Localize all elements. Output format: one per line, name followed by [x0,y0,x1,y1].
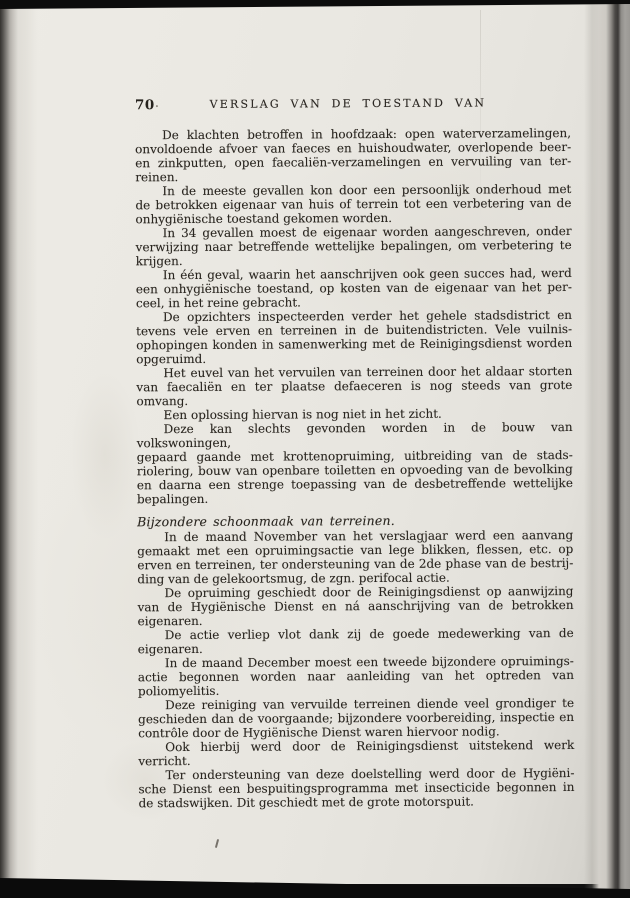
paragraph: Deze reiniging van vervuilde terreinen d… [138,696,574,740]
paragraph: Het euvel van het vervuilen van terreine… [136,364,572,408]
text-line: de stadswijken. Dit geschiedt met de gro… [139,794,575,810]
text-line: bepalingen. [137,490,573,506]
text-line: van de Hygiënische Dienst en ná aanschri… [138,598,574,614]
paragraph: De opruiming geschiedt door de Reiniging… [137,584,573,628]
text-line: ophopingen konden in samenwerking met de… [136,336,572,352]
text-line: de betrokken eigenaar van huis of terrei… [135,196,571,212]
paragraph: In 34 gevallen moest de eigenaar worden … [136,224,572,268]
text-line: sche Dienst een bespuitingsprogramma met… [138,780,574,796]
text-line: en daarna een strenge toepassing van de … [137,476,573,492]
text-line: en zinkputten, open faecaliën-verzamelin… [135,154,571,170]
text-line: verwijzing naar betreffende wettelijke b… [136,238,572,254]
paragraph: De klachten betroffen in hoofdzaak: open… [135,126,571,184]
text-line: geschieden dan de voorgaande; bijzondere… [138,710,574,726]
book-spine-edge-left [0,2,38,892]
page-body-text: De klachten betroffen in hoofdzaak: open… [135,126,575,810]
section-heading: Bijzondere schoonmaak van terreinen. [137,513,573,529]
paragraph: Ook hierbij werd door de Reinigingsdiens… [138,738,574,768]
page-content: 70 VERSLAG VAN DE TOESTAND VAN De klacht… [0,0,630,898]
text-line: een onhygiënische toestand, op kosten va… [136,280,572,296]
text-line: van faecaliën en ter plaatse defaeceren … [136,378,572,394]
paragraph: In de meeste gevallen kon door een perso… [135,182,571,226]
paragraph: De actie verliep vlot dank zij de goede … [138,626,574,656]
paragraph: In de maand November van het verslagjaar… [137,528,573,586]
text-line: actie begonnen worden naar aanleiding va… [138,668,574,684]
paragraph: In de maand December moest een tweede bi… [138,654,574,698]
paragraph: Deze kan slechts gevonden worden in de b… [137,420,573,506]
text-line: Deze kan slechts gevonden worden in de b… [137,420,573,450]
text-line: Ook hierbij werd door de Reinigingsdiens… [138,738,574,754]
page-stack-edge-right [584,2,630,894]
text-line: erven en terreinen, ter ondersteuning va… [137,556,573,572]
paragraph: Ter ondersteuning van deze doelstelling … [138,766,574,810]
running-title: VERSLAG VAN DE TOESTAND VAN [136,96,560,111]
paragraph: In één geval, waarin het aanschrijven oo… [136,266,572,310]
scanned-book-page: 70 VERSLAG VAN DE TOESTAND VAN De klacht… [0,0,630,898]
text-line: De actie verliep vlot dank zij de goede … [138,626,574,642]
paragraph: De opzichters inspecteerden verder het g… [136,308,572,366]
